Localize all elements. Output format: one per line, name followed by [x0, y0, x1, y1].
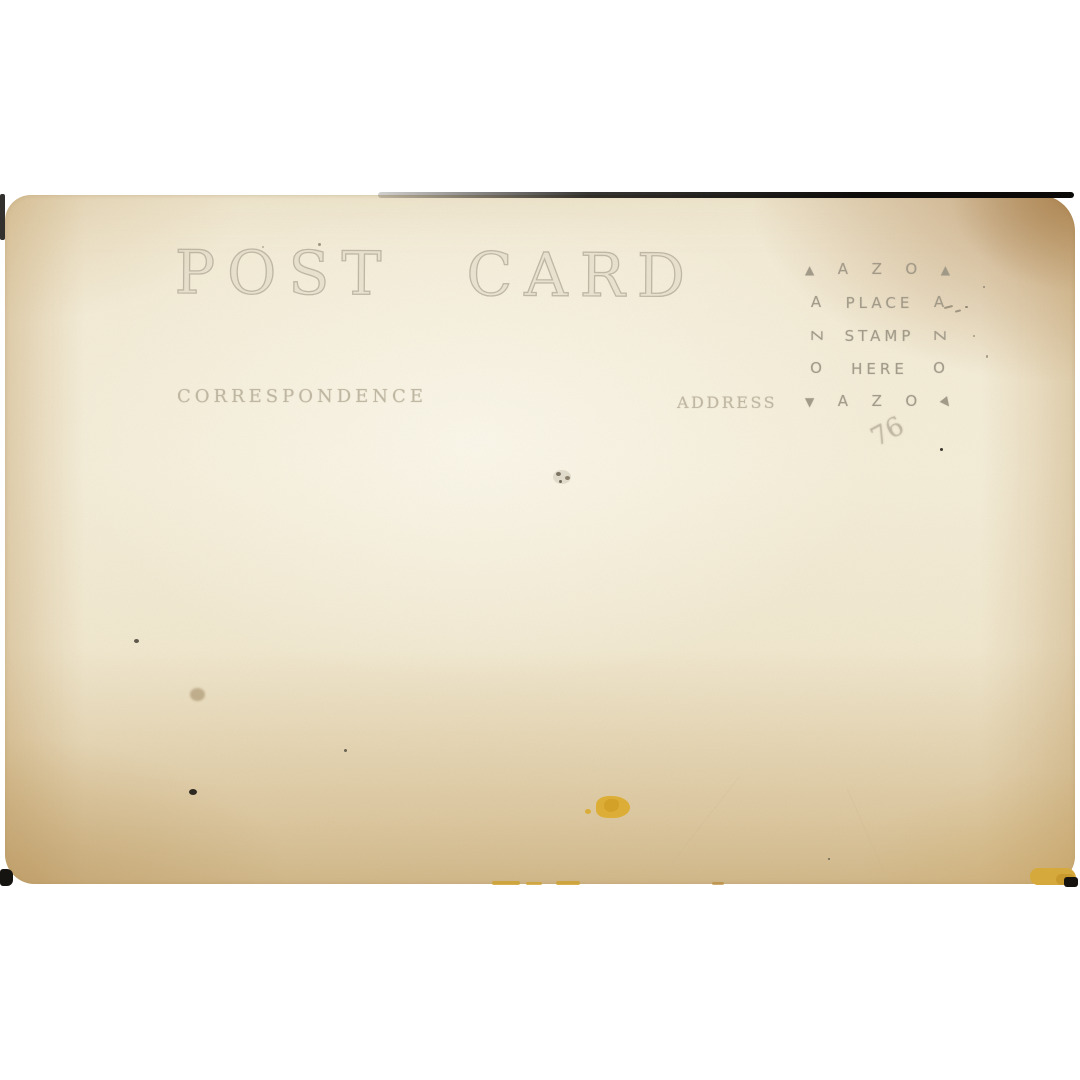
paper-grain-texture	[5, 195, 1075, 884]
postcard-paper: POST CARD CORRESPONDENCE ADDRESS ▲ A Z O…	[5, 195, 1075, 884]
scanned-postcard-back: POST CARD CORRESPONDENCE ADDRESS ▲ A Z O…	[0, 0, 1080, 1080]
